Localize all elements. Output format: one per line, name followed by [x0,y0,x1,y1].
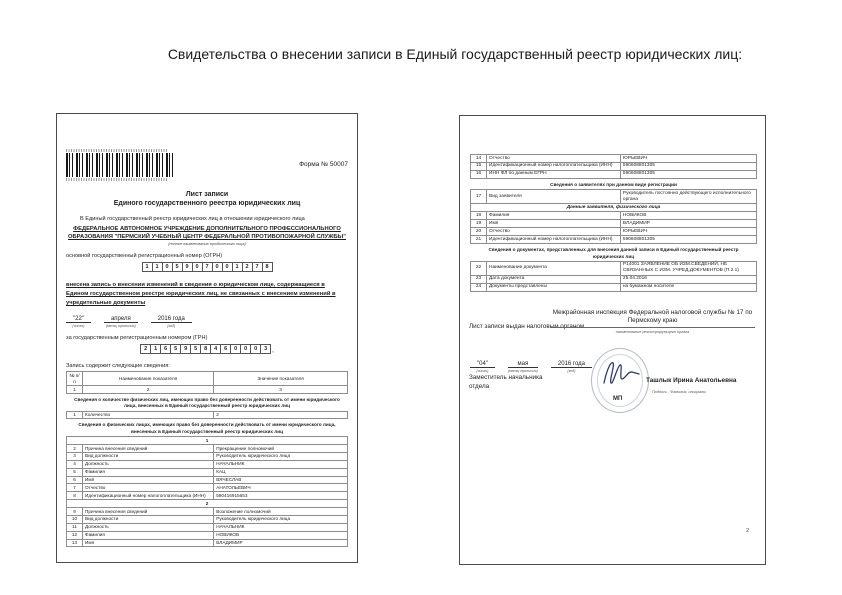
table-header-cell: 2 [83,386,214,393]
table-row: 8Идентификационный номер налогоплательщи… [66,492,348,500]
table-row: 10Вид должностиРуководитель юридического… [66,516,348,524]
document-heading-line2: Единого государственного реестра юридиче… [66,200,348,207]
ogrn-number: 1105907001278 [66,262,348,272]
record-statement: внесена запись о внесении изменений в св… [66,281,348,308]
row-value: 590416915653 [214,492,347,499]
record-date-month-caption: (месяц прописью) [104,324,138,328]
row-value: Прекращение полномочий [214,445,347,452]
registry-number-digit: 0 [193,262,203,272]
organization-name-caption: (полное наименование юридического лица) [66,242,348,246]
row-value: ВЯЧЕСЛАВ [214,477,347,484]
registry-number-digit: 7 [253,262,263,272]
row-number: 3 [67,453,83,460]
form-number: Форма № 50007 [299,161,348,182]
organization-name: ФЕДЕРАЛЬНОЕ АВТОНОМНОЕ УЧРЕЖДЕНИЕ ДОПОЛН… [66,225,348,241]
registry-number-digit: 0 [163,262,173,272]
registry-number-digit: 3 [261,344,271,354]
table-subsection-number: 1 [67,437,347,444]
registry-number-digit: 1 [233,262,243,272]
row-number: 1 [67,412,83,419]
issue-date-year: 2016 года (год) [551,361,592,373]
egrul-record-sheet-page-2: 14ОтчествоЮРЬЕВИЧ15Идентификационный ном… [459,115,766,565]
table-header-cell: 1 [67,386,83,393]
table-row: 5ФамилияКАЦ [66,469,348,477]
table-header-cell: Наименование показателя [83,372,214,385]
table-row: 2Причина внесения сведенийПрекращение по… [66,445,348,453]
issue-date-month-caption: (месяц прописью) [508,369,538,373]
intro-paragraph: В Единый государственный реестр юридичес… [66,215,348,223]
row-number: 6 [67,477,83,484]
barcode-bars [66,153,176,177]
registry-number-digit: 1 [153,262,163,272]
row-value: АНАТОЛЬЕВИЧ [214,484,347,491]
table-intro: Запись содержит следующие сведения: [66,363,348,369]
registering-authority-name: Межрайонная инспекция Федеральной налого… [550,309,755,326]
ogrn-label: основной государственный регистрационный… [66,253,348,259]
issue-date-day-caption: (число) [470,369,495,373]
left-page-header: Форма № 50007 [66,148,348,182]
registry-number-digit: 6 [161,344,171,354]
registry-number-digit: 1 [151,344,161,354]
table-row: 9Причина внесения сведенийВозложение пол… [66,508,348,516]
table-header-cell: № п/п [67,372,83,385]
record-date-year-value: 2016 года [151,316,192,323]
row-value: 2 [214,412,347,419]
record-date-year: 2016 года (год) [151,316,192,328]
table-row: № п/пНаименование показателяЗначение пок… [66,371,348,386]
record-date-year-caption: (год) [151,324,192,328]
row-label: Отчество [83,484,214,491]
registry-number-digit: 2 [140,344,151,354]
table-row: 4ДолжностьНАЧАЛЬНИК [66,461,348,469]
table-row: 6ИмяВЯЧЕСЛАВ [66,477,348,485]
row-value: КАЦ [214,469,347,476]
row-label: Фамилия [83,469,214,476]
row-label: Должность [83,524,214,531]
row-number: 10 [67,516,83,523]
row-label: Идентификационный номер налогоплательщик… [83,492,214,499]
registering-authority: Межрайонная инспекция Федеральной налого… [550,309,755,335]
registry-number-digit: 1 [142,262,153,272]
issue-date-day: "04" (число) [470,361,495,373]
record-date-day-caption: (число) [66,324,91,328]
table-subsection-number: 2 [67,500,347,507]
registry-number-digit: 0 [251,344,261,354]
registry-number-digit: 9 [181,344,191,354]
record-date-month-value: апреля [104,316,138,323]
row-number: 5 [67,469,83,476]
page-title: Свидетельства о внесении записи в Единый… [0,46,842,62]
row-value: ВЛАДИМИР [214,540,347,547]
grn-label: за государственным регистрационным номер… [66,335,348,341]
table-header-cell: 3 [214,386,347,393]
row-value: Возложение полномочий [214,508,347,515]
row-number: 13 [67,540,83,547]
registry-number-digit: 5 [173,262,183,272]
registry-number-digit: 0 [213,262,223,272]
registry-number-digit: 7 [203,262,213,272]
table-row: 2 [66,500,348,508]
registry-number-digit: 6 [221,344,231,354]
record-date: "22" (число) апреля (месяц прописью) 201… [66,316,348,328]
row-value: НАЧАЛЬНИК [214,461,347,468]
row-number: 12 [67,532,83,539]
document-heading-line1: Лист записи [66,191,348,198]
barcode-bottom-noise [66,178,167,181]
registry-number-digit: 5 [171,344,181,354]
record-table-left: № п/пНаименование показателяЗначение пок… [66,371,348,547]
row-number: 7 [67,484,83,491]
issue-date-month: мая (месяц прописью) [508,361,538,373]
record-date-day: "22" (число) [66,316,91,328]
page-number: 2 [746,528,749,534]
row-value: НАЧАЛЬНИК [214,524,347,531]
row-label: Вид должности [83,516,214,523]
row-number: 4 [67,461,83,468]
registry-number-digit: 5 [191,344,201,354]
row-label: Имя [83,477,214,484]
row-value: Руководитель юридического лица [214,516,347,523]
ogrn-digit-boxes: 1105907001278 [142,262,273,272]
row-label: Фамилия [83,532,214,539]
table-row: 123 [66,386,348,394]
barcode-top-noise [66,149,167,152]
issue-date-month-value: мая [508,361,538,368]
row-label: Имя [83,540,214,547]
barcode [66,148,176,182]
table-row: 1 [66,436,348,445]
row-number: 9 [67,508,83,515]
issue-date: "04" (число) мая (месяц прописью) 2016 г… [470,361,605,373]
table-section-heading: Сведения о количестве физических лиц, им… [69,397,345,410]
registry-number-digit: 0 [241,344,251,354]
grn-digit-boxes: 2165958460003 [140,344,271,354]
registry-number-digit: 9 [183,262,193,272]
grn-number: 2165958460003 , [66,344,348,354]
table-row: 7ОтчествоАНАТОЛЬЕВИЧ [66,484,348,492]
registry-number-digit: 8 [201,344,211,354]
issue-date-year-caption: (год) [551,369,592,373]
row-value: НОВИКОВ [214,532,347,539]
registry-number-digit: 0 [231,344,241,354]
row-value: Руководитель юридического лица [214,453,347,460]
row-label: Причина внесения сведений [83,445,214,452]
official-name: Ташлык Ирина Анатольевна [646,377,771,384]
registry-number-digit: 4 [211,344,221,354]
registry-number-digit: 0 [223,262,233,272]
egrul-record-sheet-page-1: Форма № 50007 Лист записи Единого госуда… [56,113,358,563]
registering-authority-caption: наименование регистрирующего органа [550,330,755,335]
table-section-heading: Сведения о физических лицах, имеющих пра… [69,422,345,435]
signature-caption: Подпись , Фамилия, инициалы [652,390,706,394]
issue-date-year-value: 2016 года [551,361,592,368]
record-date-day-value: "22" [66,316,91,323]
row-label: Причина внесения сведений [83,508,214,515]
registry-number-digit: 2 [243,262,253,272]
registry-number-digit: 8 [263,262,273,272]
issue-date-day-value: "04" [470,361,495,368]
grn-suffix: , [272,348,274,354]
right-page-footer: Лист записи выдан налоговым органом Межр… [460,116,765,564]
table-row: 12ФамилияНОВИКОВ [66,532,348,540]
table-header-cell: Значение показателя [214,372,347,385]
row-number: 11 [67,524,83,531]
row-number: 8 [67,492,83,499]
signature-icon [598,357,644,389]
row-number: 2 [67,445,83,452]
authority-underline [550,327,755,328]
table-row: 11ДолжностьНАЧАЛЬНИК [66,524,348,532]
table-row: 1Количество2 [66,411,348,420]
record-date-month: апреля (месяц прописью) [104,316,138,328]
table-row: 3Вид должностиРуководитель юридического … [66,453,348,461]
table-row: 13ИмяВЛАДИМИР [66,540,348,548]
stamp-mp-label: МП [613,396,622,402]
row-label: Должность [83,461,214,468]
official-position: Заместитель начальника отдела [469,374,555,391]
row-label: Количество [83,412,214,419]
row-label: Вид должности [83,453,214,460]
